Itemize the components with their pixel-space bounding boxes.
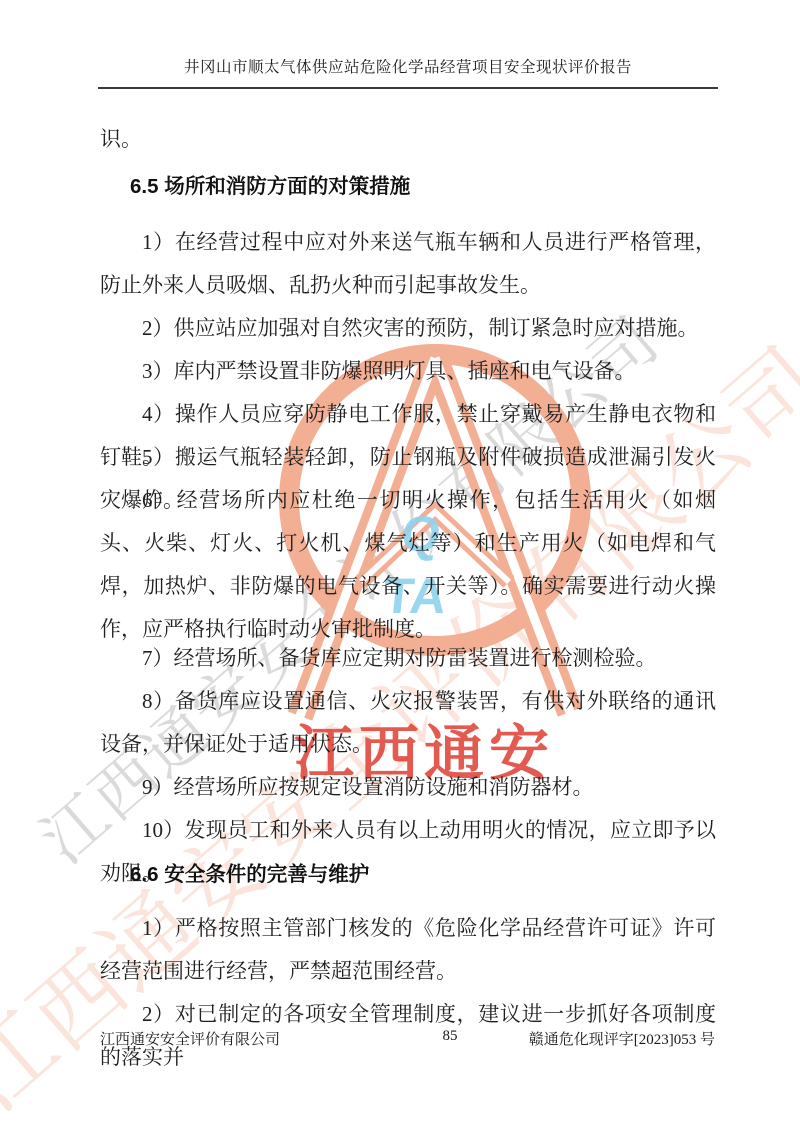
body-paragraph: 3）库内严禁设置非防爆照明灯具、插座和电气设备。 <box>100 350 716 393</box>
document-page: 江西通安安全评价有限公司 江西通安安全评价有限公司 Q TA 江西通安 井冈山市… <box>0 0 800 1131</box>
body-paragraph: 6）经营场所内应杜绝一切明火操作，包括生活用火（如烟头、火柴、灯火、打火机、煤气… <box>100 479 716 651</box>
body-paragraph: 7）经营场所、备货库应定期对防雷装置进行检测检验。 <box>100 637 716 680</box>
body-paragraph: 8）备货库应设置通信、火灾报警装罟，有供对外联络的通讯设备，并保证处于适用状态。 <box>100 680 716 766</box>
body-paragraph: 1）在经营过程中应对外来送气瓶车辆和人员进行严格管理，防止外来人员吸烟、乱扔火种… <box>100 221 716 307</box>
report-title-header: 井冈山市顺太气体供应站危险化学品经营项目安全现状评价报告 <box>100 55 716 77</box>
section-heading-6-6: 6.6 安全条件的完善与维护 <box>100 862 716 888</box>
header-divider-line <box>98 87 718 89</box>
section-heading-6-5: 6.5 场所和消防方面的对策措施 <box>100 174 716 200</box>
carryover-paragraph: 识。 <box>100 118 716 161</box>
footer-page-number: 85 <box>443 1028 458 1045</box>
footer-doc-number: 赣通危化现评字[2023]053 号 <box>529 1028 715 1049</box>
body-paragraph: 1）严格按照主管部门核发的《危险化学品经营许可证》许可经营范围进行经营，严禁超范… <box>100 907 716 993</box>
footer-company-name: 江西通安安全评价有限公司 <box>100 1028 280 1049</box>
body-paragraph: 9）经营场所应按规定设置消防设施和消防器材。 <box>100 766 716 809</box>
body-paragraph: 2）供应站应加强对自然灾害的预防，制订紧急时应对措施。 <box>100 307 716 350</box>
